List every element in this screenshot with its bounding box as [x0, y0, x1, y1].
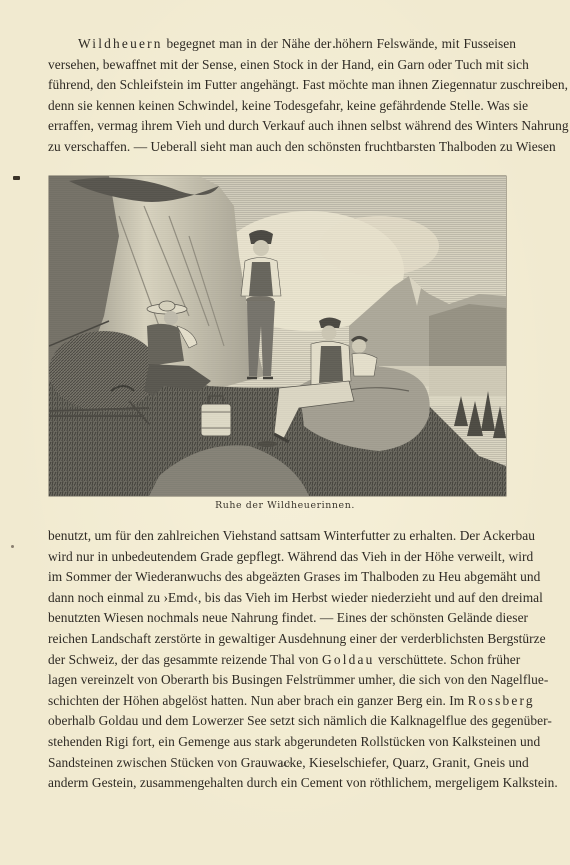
text-segment: schichten der Höhen abgelöst hatten. Nun… [48, 693, 468, 708]
text-line: zu verschaffen. — Ueberall sieht man auc… [48, 137, 516, 158]
bottom-paragraph: benutzt, um für den zahlreichen Viehstan… [48, 526, 516, 794]
margin-ink-dot [11, 545, 14, 548]
text-segment: begegnet man in der Nähe der höhern Fels… [163, 36, 516, 51]
text-segment: zu verschaffen. — Ueberall sieht man auc… [48, 139, 556, 154]
text-line: dann noch einmal zu ›Emd‹, bis das Vieh … [48, 588, 516, 609]
text-line: benutzt, um für den zahlreichen Viehstan… [48, 526, 516, 547]
text-segment: versehen, bewaffnet mit der Sense, einen… [48, 57, 529, 72]
text-segment: benutzt, um für den zahlreichen Viehstan… [48, 528, 535, 543]
text-line: denn sie kennen keinen Schwindel, keine … [48, 96, 516, 117]
emphasized-name: Rossberg [468, 693, 535, 708]
engraving-image [49, 176, 506, 496]
text-line: versehen, bewaffnet mit der Sense, einen… [48, 55, 516, 76]
text-line: wird nur in unbedeutendem Grade gepflegt… [48, 547, 516, 568]
emphasized-name: Wildheuern [78, 36, 163, 51]
text-segment: stehenden Rigi fort, ein Gemenge aus sta… [48, 734, 540, 749]
text-line: lagen vereinzelt von Oberarth bis Busing… [48, 670, 516, 691]
text-segment: lagen vereinzelt von Oberarth bis Busing… [48, 672, 548, 687]
text-segment: verschüttete. Schon früher [375, 652, 521, 667]
page-number: 147 [0, 760, 570, 769]
text-segment: dann noch einmal zu ›Emd‹, bis das Vieh … [48, 590, 543, 605]
emphasized-name: Goldau [322, 652, 375, 667]
text-segment: führend, den Schleifstein im Futter ange… [48, 77, 568, 92]
illustration-caption: Ruhe der Wildheuerinnen. [0, 500, 570, 511]
text-segment: im Sommer der Wiederanwuchs des abgeäzte… [48, 569, 540, 584]
text-line: im Sommer der Wiederanwuchs des abgeäzte… [48, 567, 516, 588]
text-segment: anderm Gestein, zusammengehalten durch e… [48, 775, 558, 790]
text-segment: oberhalb Goldau und dem Lowerzer See set… [48, 713, 552, 728]
text-segment: benutzten Wiesen nochmals neue Nahrung f… [48, 610, 528, 625]
text-line: führend, den Schleifstein im Futter ange… [48, 75, 516, 96]
text-segment: erraffen, vermag ihrem Vieh und durch Ve… [48, 118, 569, 133]
text-line: oberhalb Goldau und dem Lowerzer See set… [48, 711, 516, 732]
text-segment: der Schweiz, der das gesammte reizende T… [48, 652, 322, 667]
text-segment: wird nur in unbedeutendem Grade gepflegt… [48, 549, 533, 564]
margin-ink-mark [13, 176, 20, 180]
text-line: schichten der Höhen abgelöst hatten. Nun… [48, 691, 516, 712]
engraving-illustration [49, 176, 506, 496]
book-page: Wildheuern begegnet man in der Nähe der … [0, 0, 570, 865]
text-line: benutzten Wiesen nochmals neue Nahrung f… [48, 608, 516, 629]
text-line: reichen Landschaft zerstörte in gewaltig… [48, 629, 516, 650]
text-line: stehenden Rigi fort, ein Gemenge aus sta… [48, 732, 516, 753]
text-line: Wildheuern begegnet man in der Nähe der … [48, 34, 516, 55]
text-segment: reichen Landschaft zerstörte in gewaltig… [48, 631, 546, 646]
text-line: anderm Gestein, zusammengehalten durch e… [48, 773, 516, 794]
top-paragraph: Wildheuern begegnet man in der Nähe der … [48, 34, 516, 158]
text-line: erraffen, vermag ihrem Vieh und durch Ve… [48, 116, 516, 137]
text-line: der Schweiz, der das gesammte reizende T… [48, 650, 516, 671]
text-segment: denn sie kennen keinen Schwindel, keine … [48, 98, 528, 113]
